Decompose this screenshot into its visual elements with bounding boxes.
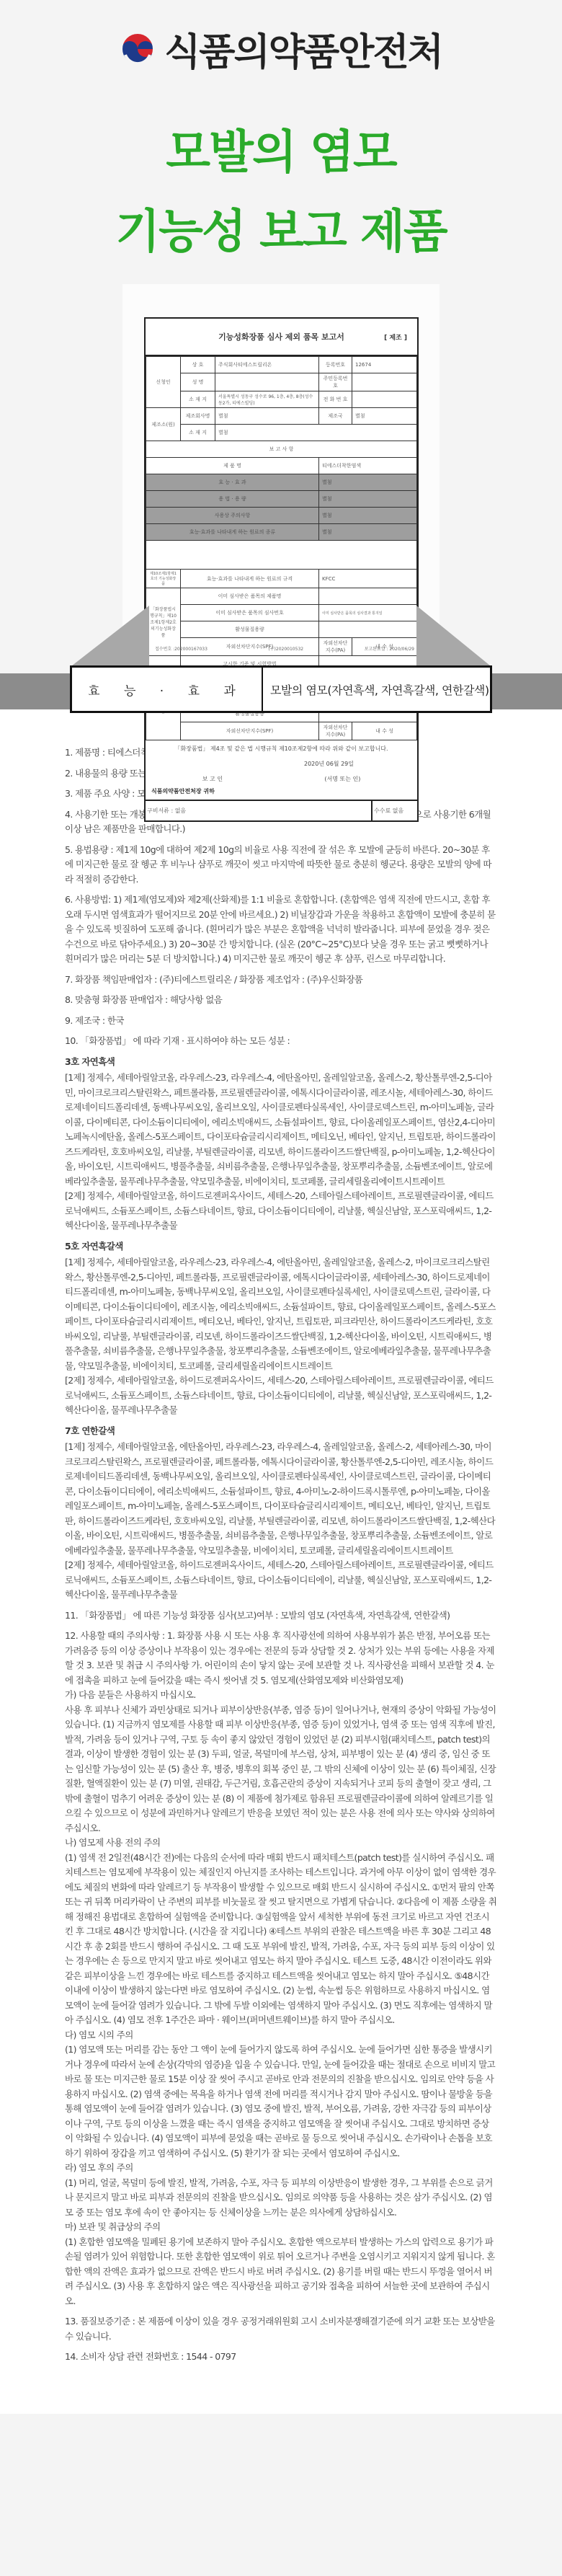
signature-label: (서명 또는 인) — [324, 775, 360, 783]
hero-banner: 식품의약품안전처 모발의 염모 기능성 보고 제품 — [0, 0, 562, 281]
reporter-label: 보 고 인 — [202, 775, 223, 783]
notice-item: 6. 사용방법: 1) 제1제(염모제)와 제2제(산화제)를 1:1 비율로 … — [65, 893, 497, 967]
notice-item: 13. 품질보증기준 : 본 제품에 이상이 있을 경우 공정거래위원회 고시 … — [65, 2314, 497, 2344]
callout-label: 효 능 · 효 과 — [72, 668, 263, 711]
form-bottom-row: 구비서류 : 없음 수수료 없음 — [146, 800, 417, 820]
caution-heading: 라) 염모 후의 주의 — [65, 2161, 497, 2176]
caution-heading: 다) 염모 시의 주의 — [65, 2028, 497, 2043]
reference-number: (구)2020010532 — [268, 645, 303, 652]
caution-heading: 마) 보관 및 취급상의 주의 — [65, 2220, 497, 2235]
caution-heading: 가) 다음 분들은 사용하지 마십시오. — [65, 1688, 497, 1703]
korea-government-emblem-icon — [120, 31, 156, 67]
ingredients-part1: [1제] 정제수, 세테아릴알코올, 에탄올아민, 라우레스-23, 라우레스-… — [65, 1440, 497, 1558]
notice-item: 7. 화장품 책임판매업자 : (주)티에스트릴리온 / 화장품 제조업자 : … — [65, 973, 497, 988]
callout-wing-left — [70, 606, 149, 670]
notice-item: 9. 제조국 : 한국 — [65, 1014, 497, 1029]
required-documents: 구비서류 : 없음 — [146, 801, 373, 820]
ingredients-part2: [2제] 정제수, 세테아릴알코올, 하이드로젠퍼옥사이드, 세테스-20, 스… — [65, 1373, 497, 1418]
caution-heading: 나) 염모제 사용 전의 주의 — [65, 1836, 497, 1851]
agency-name: 식품의약품안전처 — [164, 22, 442, 76]
form-title: 기능성화장품 심사 제외 품목 보고서 [ 제조 ] — [146, 319, 417, 356]
headline-line1: 모발의 염모 — [0, 115, 562, 182]
fee: 수수료 없음 — [373, 801, 417, 820]
caution-text: (1) 혼합한 염모액을 밀폐된 용기에 보존하지 말아 주십시오. 혼합한 액… — [65, 2235, 497, 2309]
ingredients-part2: [2제] 정제수, 세테아릴알코올, 하이드로젠퍼옥사이드, 세테스-20, 스… — [65, 1189, 497, 1234]
customer-service-phone: 14. 소비자 상담 관련 전화번호 : 1544 - 0797 — [65, 2350, 497, 2365]
shade-heading: 3호 자연흑색 — [65, 1055, 497, 1070]
notice-item: 10. 「화장품법」 에 따라 기재 · 표시하여야 하는 모든 성분 : — [65, 1034, 497, 1049]
form-declaration: 「화장품법」 제4조 및 같은 법 시행규칙 제10조제2항에 따라 위와 같이… — [146, 740, 417, 800]
addressee: 식품의약품안전처장 귀하 — [151, 787, 411, 795]
efficacy-callout: 효 능 · 효 과 모발의 염모(자연흑색, 자연흑갈색, 연한갈색) — [70, 665, 492, 713]
caution-text: (1) 염색 전 2일전(48시간 전)에는 다음의 순서에 따라 매회 반드시… — [65, 1851, 497, 2028]
notice-item: 11. 「화장품법」 에 따른 기능성 화장품 심사(보고)여부 : 모발의 염… — [65, 1608, 497, 1624]
report-form: 기능성화장품 심사 제외 품목 보고서 [ 제조 ] 신청인 상 호 주식회사티… — [144, 317, 419, 822]
callout-wing-right — [416, 606, 492, 670]
notice-item: 8. 맞춤형 화장품 판매업자 : 해당사항 없음 — [65, 993, 497, 1008]
shade-heading: 5호 자연흑갈색 — [65, 1239, 497, 1254]
completion-date: 보고완료일 : 2020/06/29 — [365, 645, 414, 652]
shade-heading: 7호 연한갈색 — [65, 1424, 497, 1439]
receipt-number: 접수번호 :202000167033 — [155, 645, 208, 652]
ingredients-part1: [1제] 정제수, 세테아릴알코올, 라우레스-23, 라우레스-4, 에탄올아… — [65, 1255, 497, 1373]
ingredients-part1: [1제] 정제수, 세테아릴알코올, 라우레스-23, 라우레스-4, 에탄올아… — [65, 1071, 497, 1189]
caution-text: (1) 머리, 얼굴, 목덜미 등에 발진, 발적, 가려움, 수포, 자극 등… — [65, 2176, 497, 2221]
caution-text: 사용 후 피부나 신체가 과민상태로 되거나 피부이상반응(부종, 염증 등)이… — [65, 1703, 497, 1836]
headline-line2: 기능성 보고 제품 — [0, 195, 562, 261]
callout-value: 모발의 염모(자연흑색, 자연흑갈색, 연한갈색) — [263, 668, 490, 711]
caution-text: (1) 염모액 또는 머리를 감는 동안 그 액이 눈에 들어가지 않도록 하여… — [65, 2042, 497, 2161]
product-info-notice: 1. 제품명 : 티에스더착한염색 2. 내용물의 용량 또는 중량 : 1제 … — [0, 709, 562, 2414]
form-tag: [ 제조 ] — [384, 332, 407, 342]
report-document: 기능성화장품 심사 제외 품목 보고서 [ 제조 ] 신청인 상 호 주식회사티… — [0, 281, 562, 670]
agency-header: 식품의약품안전처 — [0, 22, 562, 76]
notice-item: 5. 용법용량 : 제1제 10g에 대하여 제2제 10g의 비율로 사용 직… — [65, 843, 497, 888]
receipt-info: 접수번호 :202000167033 (구)2020010532 보고완료일 :… — [155, 645, 414, 652]
ingredients-part2: [2제] 정제수, 세테아릴알코올, 하이드로젠퍼옥사이드, 세테스-20, 스… — [65, 1558, 497, 1603]
notice-item: 12. 사용할 때의 주의사항 : 1. 화장품 사용 시 또는 사용 후 직사… — [65, 1629, 497, 1688]
report-date: 2020년 06월 29일 — [151, 760, 411, 768]
declaration-text: 「화장품법」 제4조 및 같은 법 시행규칙 제10조제2항에 따라 위와 같이… — [151, 745, 411, 753]
